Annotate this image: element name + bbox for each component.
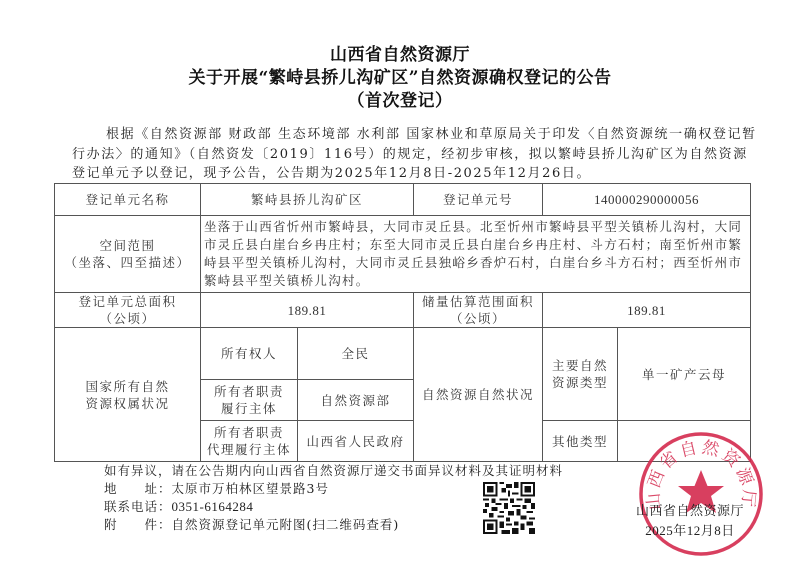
notice-subtitle: （首次登记）	[0, 90, 800, 113]
row-unit-name: 登记单元名称 繁峙县挢儿沟矿区 登记单元号 140000290000056	[55, 184, 751, 216]
total-area-label-line1: 登记单元总面积	[57, 293, 198, 310]
duty-label-line2: 履行主体	[203, 400, 295, 417]
reserve-area-label-line2: （公顷）	[416, 310, 540, 327]
reserve-area-value: 189.81	[543, 293, 751, 328]
total-area-label-line2: （公顷）	[57, 310, 198, 327]
main-type-value: 单一矿产云母	[618, 328, 751, 421]
reserve-area-label: 储量估算范围面积 （公顷）	[414, 293, 543, 328]
intro-paragraph: 根据《自然资源部 财政部 生态环境部 水利部 国家林业和草原局关于印发〈自然资源…	[72, 125, 760, 184]
attachment-label: 附 件：	[104, 516, 172, 534]
signature-date: 2025年12月8日	[610, 521, 770, 540]
agent-label-line1: 所有者职责	[203, 424, 295, 441]
qr-code-icon[interactable]	[483, 482, 535, 534]
row-owner: 国家所有自然 资源权属状况 所有权人 全民 自然资源自然状况 主要自然 资源类型…	[55, 328, 751, 380]
agent-value: 山西省人民政府	[298, 421, 414, 462]
registration-table: 登记单元名称 繁峙县挢儿沟矿区 登记单元号 140000290000056 空间…	[54, 183, 751, 462]
ownership-label: 国家所有自然 资源权属状况	[55, 328, 201, 462]
unit-no-value: 140000290000056	[543, 184, 751, 216]
duty-label-line1: 所有者职责	[203, 383, 295, 400]
ownership-label-line2: 资源权属状况	[57, 395, 198, 412]
attachment-value: 自然资源登记单元附图(扫二维码查看)	[172, 517, 400, 532]
spatial-label: 空间范围 （坐落、四至描述）	[55, 216, 201, 293]
agent-label-line2: 代理履行主体	[203, 441, 295, 458]
signature-block: 山西省自然资源厅 2025年12月8日	[610, 502, 770, 540]
total-area-value: 189.81	[201, 293, 414, 328]
phone-value: 0351-6164284	[172, 499, 254, 514]
total-area-label: 登记单元总面积 （公顷）	[55, 293, 201, 328]
natural-status-label: 自然资源自然状况	[414, 328, 543, 462]
intro-text: 根据《自然资源部 财政部 生态环境部 水利部 国家林业和草原局关于印发〈自然资源…	[72, 127, 757, 181]
row-area: 登记单元总面积 （公顷） 189.81 储量估算范围面积 （公顷） 189.81	[55, 293, 751, 328]
objection-note: 如有异议，请在公告期内向山西省自然资源厅递交书面异议材料及其证明材料	[104, 462, 604, 480]
address-label: 地 址：	[104, 480, 172, 498]
ownership-label-line1: 国家所有自然	[57, 378, 198, 395]
other-type-label: 其他类型	[543, 421, 618, 462]
signature-org: 山西省自然资源厅	[610, 502, 770, 521]
unit-no-label: 登记单元号	[414, 184, 543, 216]
owner-label: 所有权人	[201, 328, 298, 380]
agent-label: 所有者职责 代理履行主体	[201, 421, 298, 462]
main-type-label: 主要自然 资源类型	[543, 328, 618, 421]
unit-name-value: 繁峙县挢儿沟矿区	[201, 184, 414, 216]
duty-label: 所有者职责 履行主体	[201, 380, 298, 421]
spatial-label-line2: （坐落、四至描述）	[57, 254, 198, 271]
address-value: 太原市万柏林区望景路3号	[172, 481, 329, 496]
reserve-area-label-line1: 储量估算范围面积	[416, 293, 540, 310]
main-type-label-line1: 主要自然	[545, 357, 615, 374]
phone-label: 联系电话：	[104, 498, 172, 516]
agency-title: 山西省自然资源厅	[0, 44, 800, 67]
duty-value: 自然资源部	[298, 380, 414, 421]
notice-header: 山西省自然资源厅 关于开展“繁峙县挢儿沟矿区”自然资源确权登记的公告 （首次登记…	[0, 44, 800, 113]
main-type-label-line2: 资源类型	[545, 374, 615, 391]
row-spatial-range: 空间范围 （坐落、四至描述） 坐落于山西省忻州市繁峙县，大同市灵丘县。北至忻州市…	[55, 216, 751, 293]
spatial-value: 坐落于山西省忻州市繁峙县，大同市灵丘县。北至忻州市繁峙县平型关镇桥儿沟村，大同市…	[201, 216, 751, 293]
owner-value: 全民	[298, 328, 414, 380]
notice-title: 关于开展“繁峙县挢儿沟矿区”自然资源确权登记的公告	[0, 67, 800, 90]
unit-name-label: 登记单元名称	[55, 184, 201, 216]
spatial-label-line1: 空间范围	[57, 237, 198, 254]
